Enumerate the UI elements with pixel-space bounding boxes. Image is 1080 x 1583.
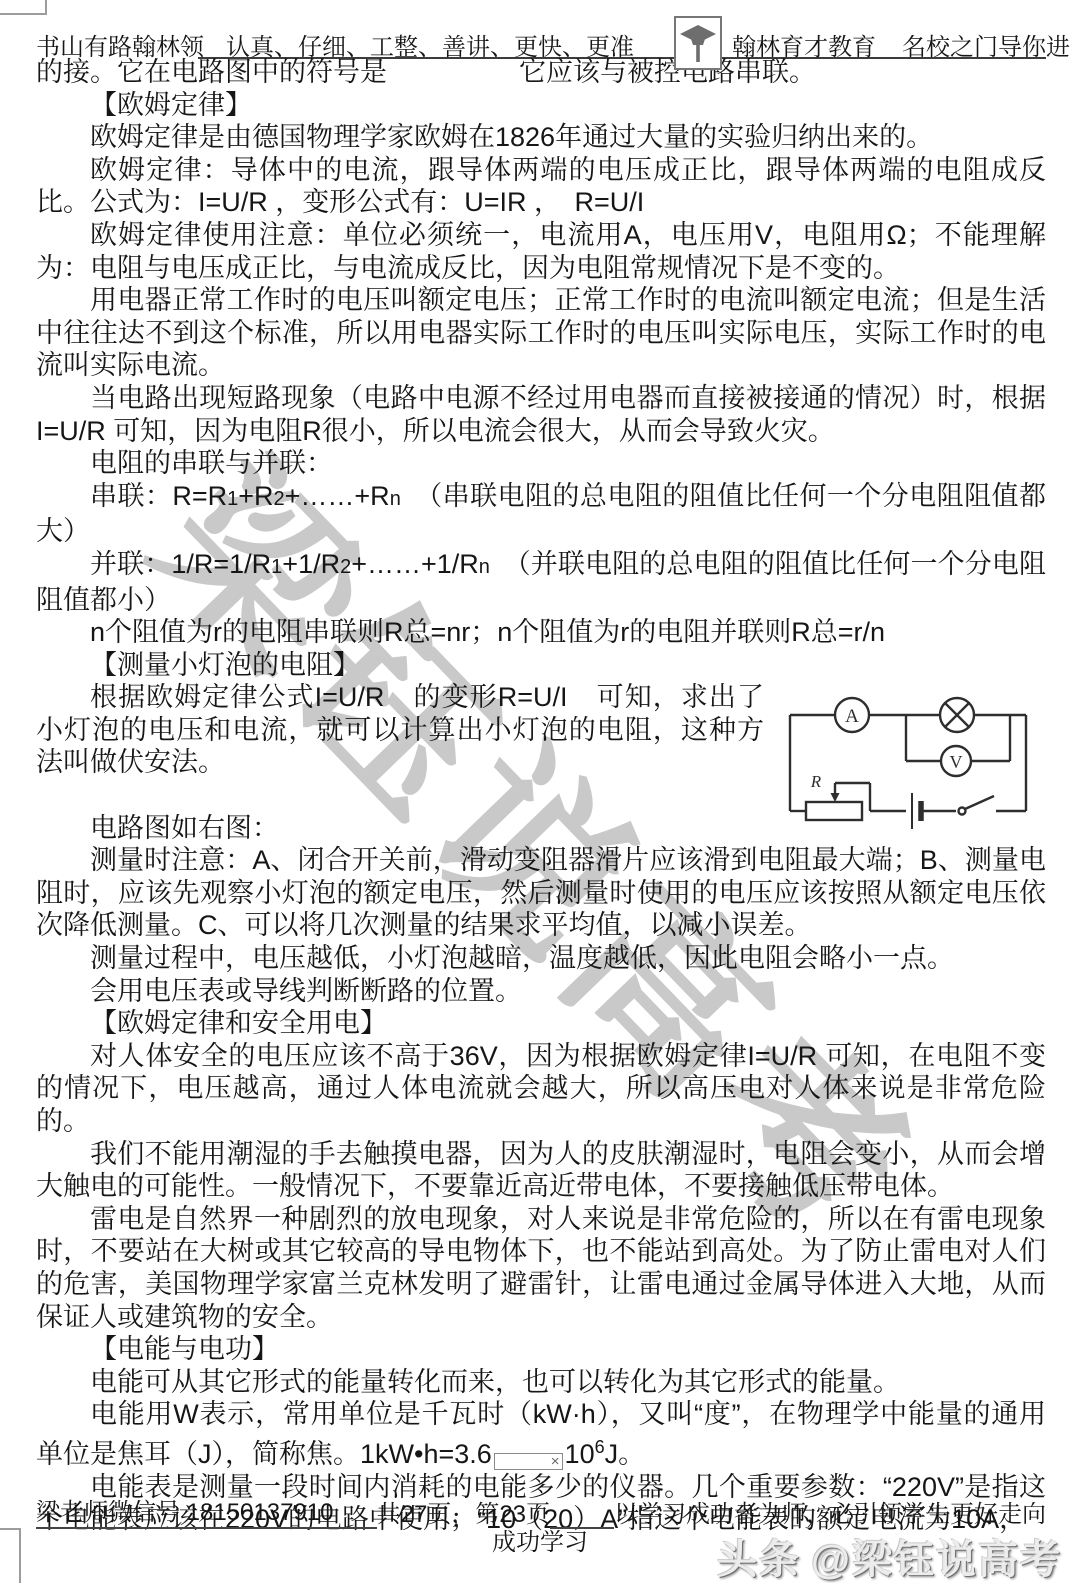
subscript: 1: [227, 488, 238, 510]
document-body: 的接。它在电路图中的符号是它应该与被控电路串联。 【欧姆定律】 欧姆定律是由德国…: [36, 56, 1046, 1536]
paragraph-ohm-origin: 欧姆定律是由德国物理学家欧姆在1826年通过大量的实验归纳出来的。: [36, 121, 1046, 154]
subscript: 2: [340, 556, 351, 578]
paragraph-safe-voltage: 对人体安全的电压应该不高于36V，因为根据欧姆定律I=U/R 可知，在电阻不变的…: [36, 1040, 1046, 1138]
series-formula-text: 串联：R=R: [90, 481, 227, 511]
header-right-motto: 名校之门导你进: [902, 27, 1070, 62]
parallel-formula-text: +……+1/R: [351, 549, 479, 579]
rheostat-label: R: [810, 772, 822, 791]
subscript: 2: [274, 488, 285, 510]
voltmeter-label: V: [950, 752, 963, 772]
circuit-diagram: A V R: [778, 687, 1046, 837]
header-brand: 翰林育才教育: [732, 27, 876, 62]
paragraph-break-check: 会用电压表或导线判断断路的位置。: [36, 975, 1046, 1008]
paragraph-lightning: 雷电是自然界一种剧烈的放电现象，对人来说是非常危险的，所以在有雷电现象时，不要站…: [36, 1203, 1046, 1333]
paragraph-ohm-law: 欧姆定律：导体中的电流，跟导体两端的电压成正比，跟导体两端的电阻成反比。公式为：…: [36, 154, 1046, 219]
graduation-tree-icon: [676, 21, 720, 65]
school-logo: [674, 16, 722, 70]
series-formula-text: +R: [238, 481, 273, 511]
paragraph-energy-convert: 电能可从其它形式的能量转化而来，也可以转化为其它形式的能量。: [36, 1366, 1046, 1399]
subscript: 1: [271, 556, 282, 578]
toutiao-watermark-badge: 头条@梁钰说高考: [717, 1528, 1062, 1583]
paragraph-wet-hands: 我们不能用潮湿的手去触摸电器，因为人的皮肤潮湿时，电阻会变小，从而会增大触电的可…: [36, 1138, 1046, 1203]
page-corner-mark-top: [0, 0, 47, 15]
paragraph-short-circuit: 当电路出现短路现象（电路中电源不经过用电器而直接被接通的情况）时，根据I=U/R…: [36, 382, 1046, 447]
series-formula-text: +……+R: [285, 481, 390, 511]
paragraph-ohm-note: 欧姆定律使用注意：单位必须统一，电流用A，电压用V，电阻用Ω；不能理解为：电阻与…: [36, 219, 1046, 284]
subscript: n: [390, 488, 401, 510]
paragraph-measure-process: 测量过程中，电压越低，小灯泡越暗，温度越低，因此电阻会略小一点。: [36, 942, 1046, 975]
superscript: 6: [595, 1437, 605, 1457]
heading-safety: 【欧姆定律和安全用电】: [36, 1007, 1046, 1040]
heading-measure-lamp: 【测量小灯泡的电阻】: [36, 649, 1046, 682]
paragraph-rated-values: 用电器正常工作时的电压叫额定电压；正常工作时的电流叫额定电流；但是生活中往往达不…: [36, 284, 1046, 382]
header-slogan: 认真、仔细、工整、善讲、更快、更准: [226, 27, 634, 62]
header-left-motto: 书山有路翰林领: [36, 27, 204, 62]
ammeter-label: A: [845, 706, 859, 727]
heading-electric-energy: 【电能与电功】: [36, 1333, 1046, 1366]
toutiao-logo-text: 头条: [717, 1538, 801, 1582]
paragraph-energy-unit: 电能用W表示，常用单位是千瓦时（kW·h），又叫“度”，在物理学中能量的通用单位…: [36, 1398, 1046, 1470]
circuit-schematic: A V R: [778, 687, 1046, 837]
parallel-formula-text: +1/R: [282, 549, 340, 579]
paragraph-series-parallel-title: 电阻的串联与并联：: [36, 447, 1046, 480]
paragraph-parallel-formula: 并联：1/R=1/R1+1/R2+……+1/Rn （并联电阻的总电阻的阻值比任何…: [36, 548, 1046, 616]
heading-ohm-law: 【欧姆定律】: [36, 89, 1046, 122]
energy-unit-post: J。: [605, 1439, 646, 1469]
toutiao-handle: @梁钰说高考: [811, 1538, 1062, 1582]
paragraph-series-formula: 串联：R=R1+R2+……+Rn （串联电阻的总电阻的阻值比任何一个分电阻阻值都…: [36, 480, 1046, 548]
multiply-box-glyph: ×: [494, 1453, 563, 1470]
rheostat-symbol: [806, 802, 862, 820]
document-page: 梁钰说高考 书山有路翰林领 认真、仔细、工整、善讲、更快、更准 翰林育才教育 名…: [0, 0, 1080, 1583]
energy-unit-base: 10: [565, 1439, 595, 1469]
paragraph-n-resistors: n个阻值为r的电阻串联则R总=nr；n个阻值为r的电阻并联则R总=r/n: [36, 616, 1046, 649]
subscript: n: [479, 556, 490, 578]
parallel-formula-text: 并联：1/R=1/R: [90, 549, 271, 579]
paragraph-measure-notes: 测量时注意：A、闭合开关前，滑动变阻器滑片应该滑到电阻最大端；B、测量电阻时，应…: [36, 844, 1046, 942]
